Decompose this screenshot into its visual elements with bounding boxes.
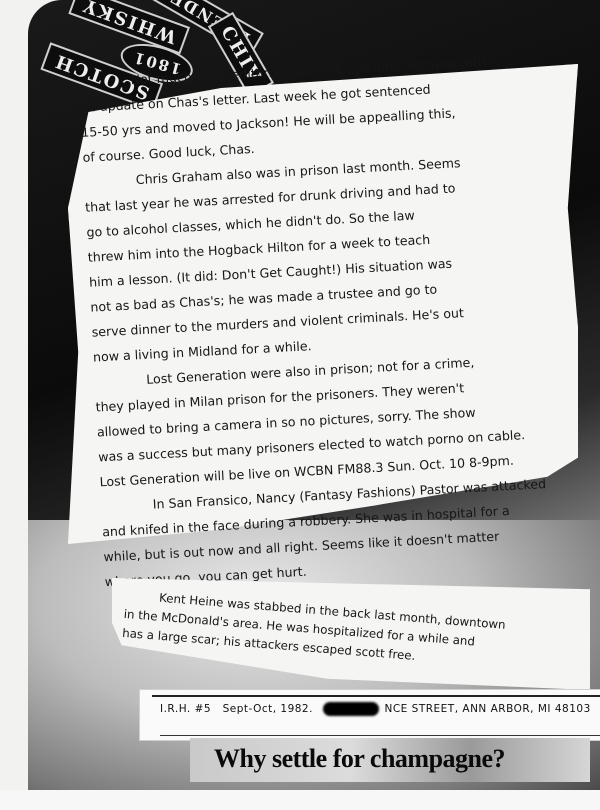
ad-headline: Why settle for champagne? xyxy=(214,744,505,774)
redacted-block xyxy=(323,702,379,716)
editorial-text: Not much of an editorial this time just … xyxy=(78,45,585,594)
issue-info: I.R.H. #5 Sept-Oct, 1982. NCE STREET, AN… xyxy=(160,702,591,716)
issue-date: Sept-Oct, 1982. xyxy=(223,703,313,715)
issue-address: NCE STREET, ANN ARBOR, MI 48103 xyxy=(385,703,591,715)
zine-page: WHISKY BLENDED SCOTCH 1801 CHIV Not much… xyxy=(0,0,600,810)
issue-number: I.R.H. #5 xyxy=(160,703,211,715)
divider xyxy=(152,695,600,697)
page-margin xyxy=(0,790,600,810)
divider xyxy=(160,735,600,736)
